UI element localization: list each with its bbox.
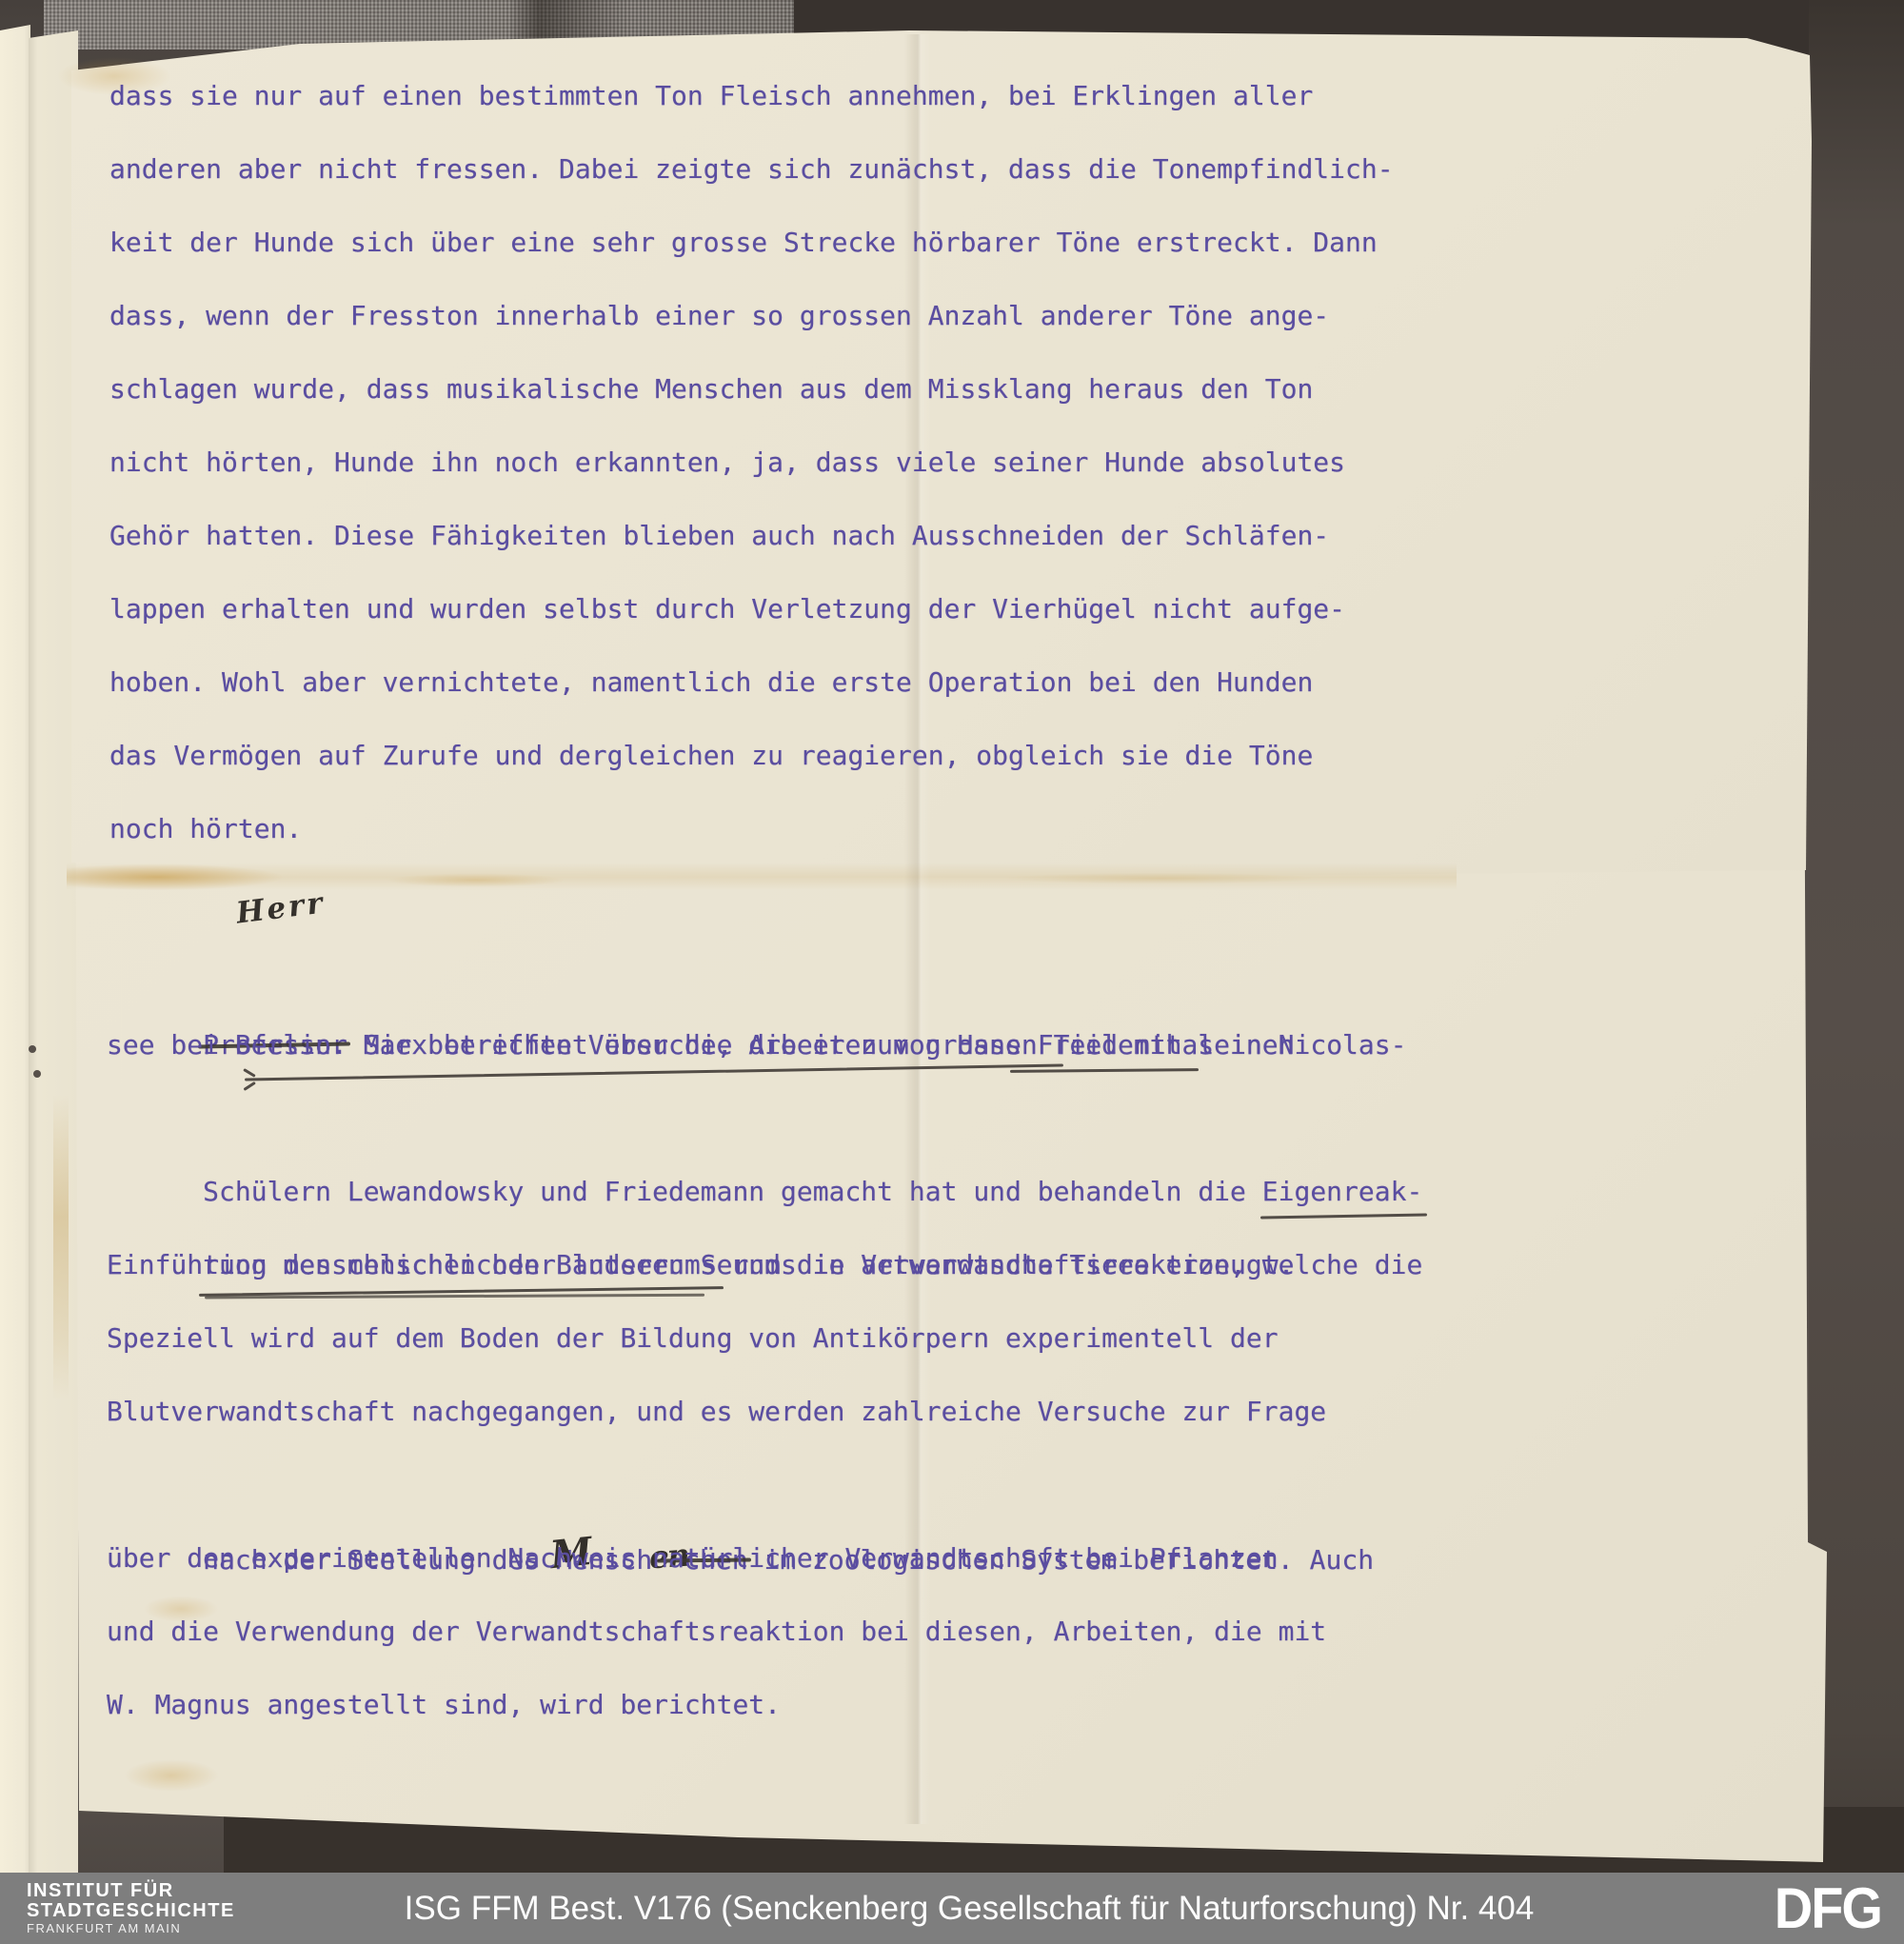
typed-line: Blutverwandtschaft nachgegangen, und es … [107,1375,1422,1448]
typed-line: W. Magnus angestellt sind, wird berichte… [107,1668,1422,1741]
typed-line: das Vermögen auf Zurufe und dergleichen … [109,719,1394,792]
paper-stain [124,1759,219,1792]
footer-bar: INSTITUT FÜR STADTGESCHICHTE FRANKFURT A… [0,1873,1904,1944]
typed-line: und die Verwendung der Verwandtschaftsre… [107,1595,1422,1668]
typed-line: dass, wenn der Fresston innerhalb einer … [109,279,1394,352]
typed-line: über den experimentellen Nachweis natürl… [107,1521,1422,1595]
typed-line: dass sie nur auf einen bestimmten Ton Fl… [109,59,1394,132]
typed-line: noch hörten. [109,792,1394,865]
typed-line: schlagen wurde, dass musikalische Mensch… [109,352,1394,426]
typed-line: nicht hörten, Hunde ihn noch erkannten, … [109,426,1394,499]
dfg-logo: DFG [1775,1874,1881,1940]
typed-line: see bei Berlin. Sie betreffen Versuche, … [107,1008,1422,1081]
isg-logo: INSTITUT FÜR STADTGESCHICHTE FRANKFURT A… [27,1881,235,1936]
isg-logo-line3: FRANKFURT AM MAIN [27,1921,235,1936]
binding-hole [33,1070,41,1078]
typed-line: Einführung menschlichen oder anderen Ser… [107,1228,1422,1301]
typed-line: Professor Marx berichtet über die Arbeit… [107,935,1422,1008]
typed-line: lappen erhalten und wurden selbst durch … [109,572,1394,645]
typed-line: Speziell wird auf dem Boden der Bildung … [107,1301,1422,1375]
typed-line: tion des menschlichen Blutserums und die… [107,1155,1422,1228]
typed-line: Gehör hatten. Diese Fähigkeiten blieben … [109,499,1394,572]
typed-line: anderen aber nicht fressen. Dabei zeigte… [109,132,1394,206]
album-page-edge-outer [0,25,30,1873]
typed-line: nach der Stellung des MenschMenchen im z… [107,1448,1422,1521]
album-page-edge-inner [29,29,78,1873]
isg-logo-line1: INSTITUT FÜR [27,1881,235,1901]
typed-line: keit der Hunde sich über eine sehr gross… [109,206,1394,279]
paragraph-2: Professor Marx berichtet über die Arbeit… [107,935,1422,1741]
binding-hole [29,1045,36,1053]
paragraph-1: dass sie nur auf einen bestimmten Ton Fl… [109,59,1394,865]
archive-reference: ISG FFM Best. V176 (Senckenberg Gesellsc… [405,1890,1535,1928]
archive-scan-page: dass sie nur auf einen bestimmten Ton Fl… [0,0,1904,1944]
typed-line: hoben. Wohl aber vernichtete, namentlich… [109,645,1394,719]
isg-logo-line2: STADTGESCHICHTE [27,1901,235,1921]
typed-line: Schülern Lewandowsky und Friedemann gema… [107,1081,1422,1155]
